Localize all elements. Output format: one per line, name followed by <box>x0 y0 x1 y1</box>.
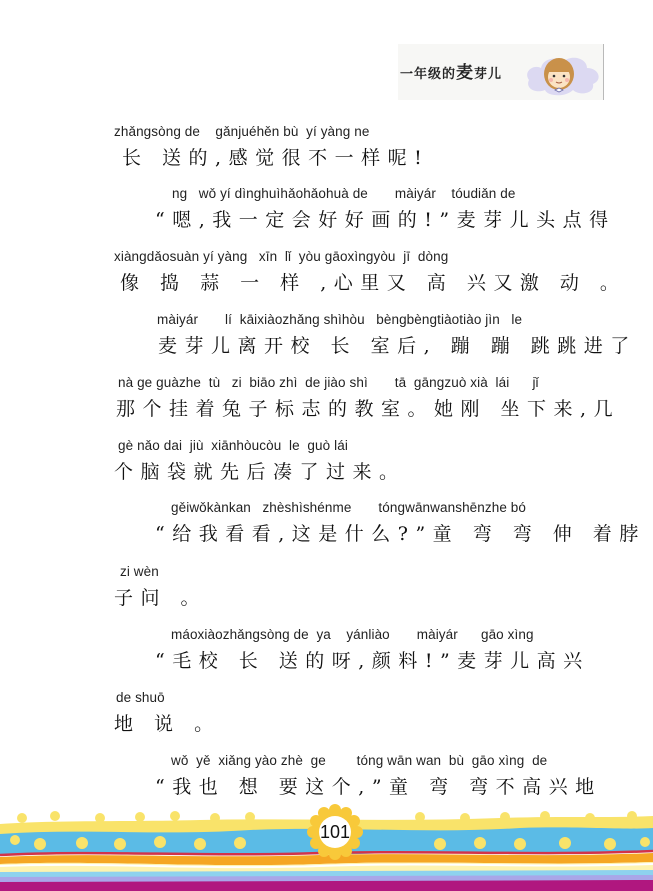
hanzi-line: “我也 想 要这个,”童 弯 弯不高兴地 <box>155 772 602 799</box>
book-title-part1: 一年级的 <box>400 67 456 82</box>
hanzi-line: 子问 。 <box>114 583 207 610</box>
pinyin-line: xiàngdǎosuàn yí yàng xīn lǐ yòu gāoxìngy… <box>114 249 448 264</box>
hanzi-line: “给我看看,这是什么?”童 弯 弯 伸 着脖 <box>155 519 646 546</box>
page-number: 101 <box>307 804 363 860</box>
girl-illustration-icon <box>523 50 603 98</box>
hanzi-line: 个脑袋就先后凑了过来。 <box>114 457 406 484</box>
pinyin-line: gè nǎo dai jiù xiānhòucòu le guò lái <box>118 438 348 453</box>
hanzi-line: “毛校 长 送的呀,颜料!”麦芽儿高兴 <box>155 646 590 673</box>
hanzi-line: 长 送的,感觉很不一样呢! <box>122 143 429 170</box>
pinyin-line: nà ge guàzhe tù zi biāo zhì de jiào shì … <box>118 375 539 390</box>
book-title-part2: 芽儿 <box>474 67 502 82</box>
hanzi-line: 地 说 。 <box>114 709 221 736</box>
pinyin-line: zhǎngsòng de gǎnjuéhěn bù yí yàng ne <box>114 124 369 139</box>
hanzi-line: 那个挂着兔子标志的教室。她刚 坐下来,几 <box>116 394 620 421</box>
book-title: 一年级的麦芽儿 <box>400 58 502 83</box>
pinyin-line: wǒ yě xiǎng yào zhè ge tóng wān wan bù g… <box>171 753 547 768</box>
pinyin-line: máoxiàozhǎngsòng de ya yánliào màiyár gā… <box>171 627 534 642</box>
hanzi-line: “嗯,我一定会好好画的!”麦芽儿头点得 <box>155 205 616 232</box>
pinyin-line: de shuō <box>116 690 165 705</box>
page-number-badge: 101 <box>307 804 363 860</box>
book-title-highlight: 麦 <box>456 63 474 83</box>
pinyin-line: gěiwǒkànkan zhèshìshénme tóngwānwanshēnz… <box>171 500 526 515</box>
chapter-header-badge: 一年级的麦芽儿 <box>398 44 604 100</box>
pinyin-line: màiyár lí kāixiàozhǎng shìhòu bèngbèngti… <box>157 312 522 327</box>
pinyin-line: ng wǒ yí dìnghuìhǎohǎohuà de màiyár tóud… <box>172 186 515 201</box>
hanzi-line: 麦芽儿离开校 长 室后, 蹦 蹦 跳跳进了 <box>158 331 637 358</box>
hanzi-line: 像 捣 蒜 一 样 ,心里又 高 兴又激 动 。 <box>120 268 626 295</box>
book-page: 一年级的麦芽儿 zhǎngsòng de gǎnjuéhěn bù yí yàn… <box>0 0 653 891</box>
pinyin-line: zi wèn <box>120 564 159 579</box>
